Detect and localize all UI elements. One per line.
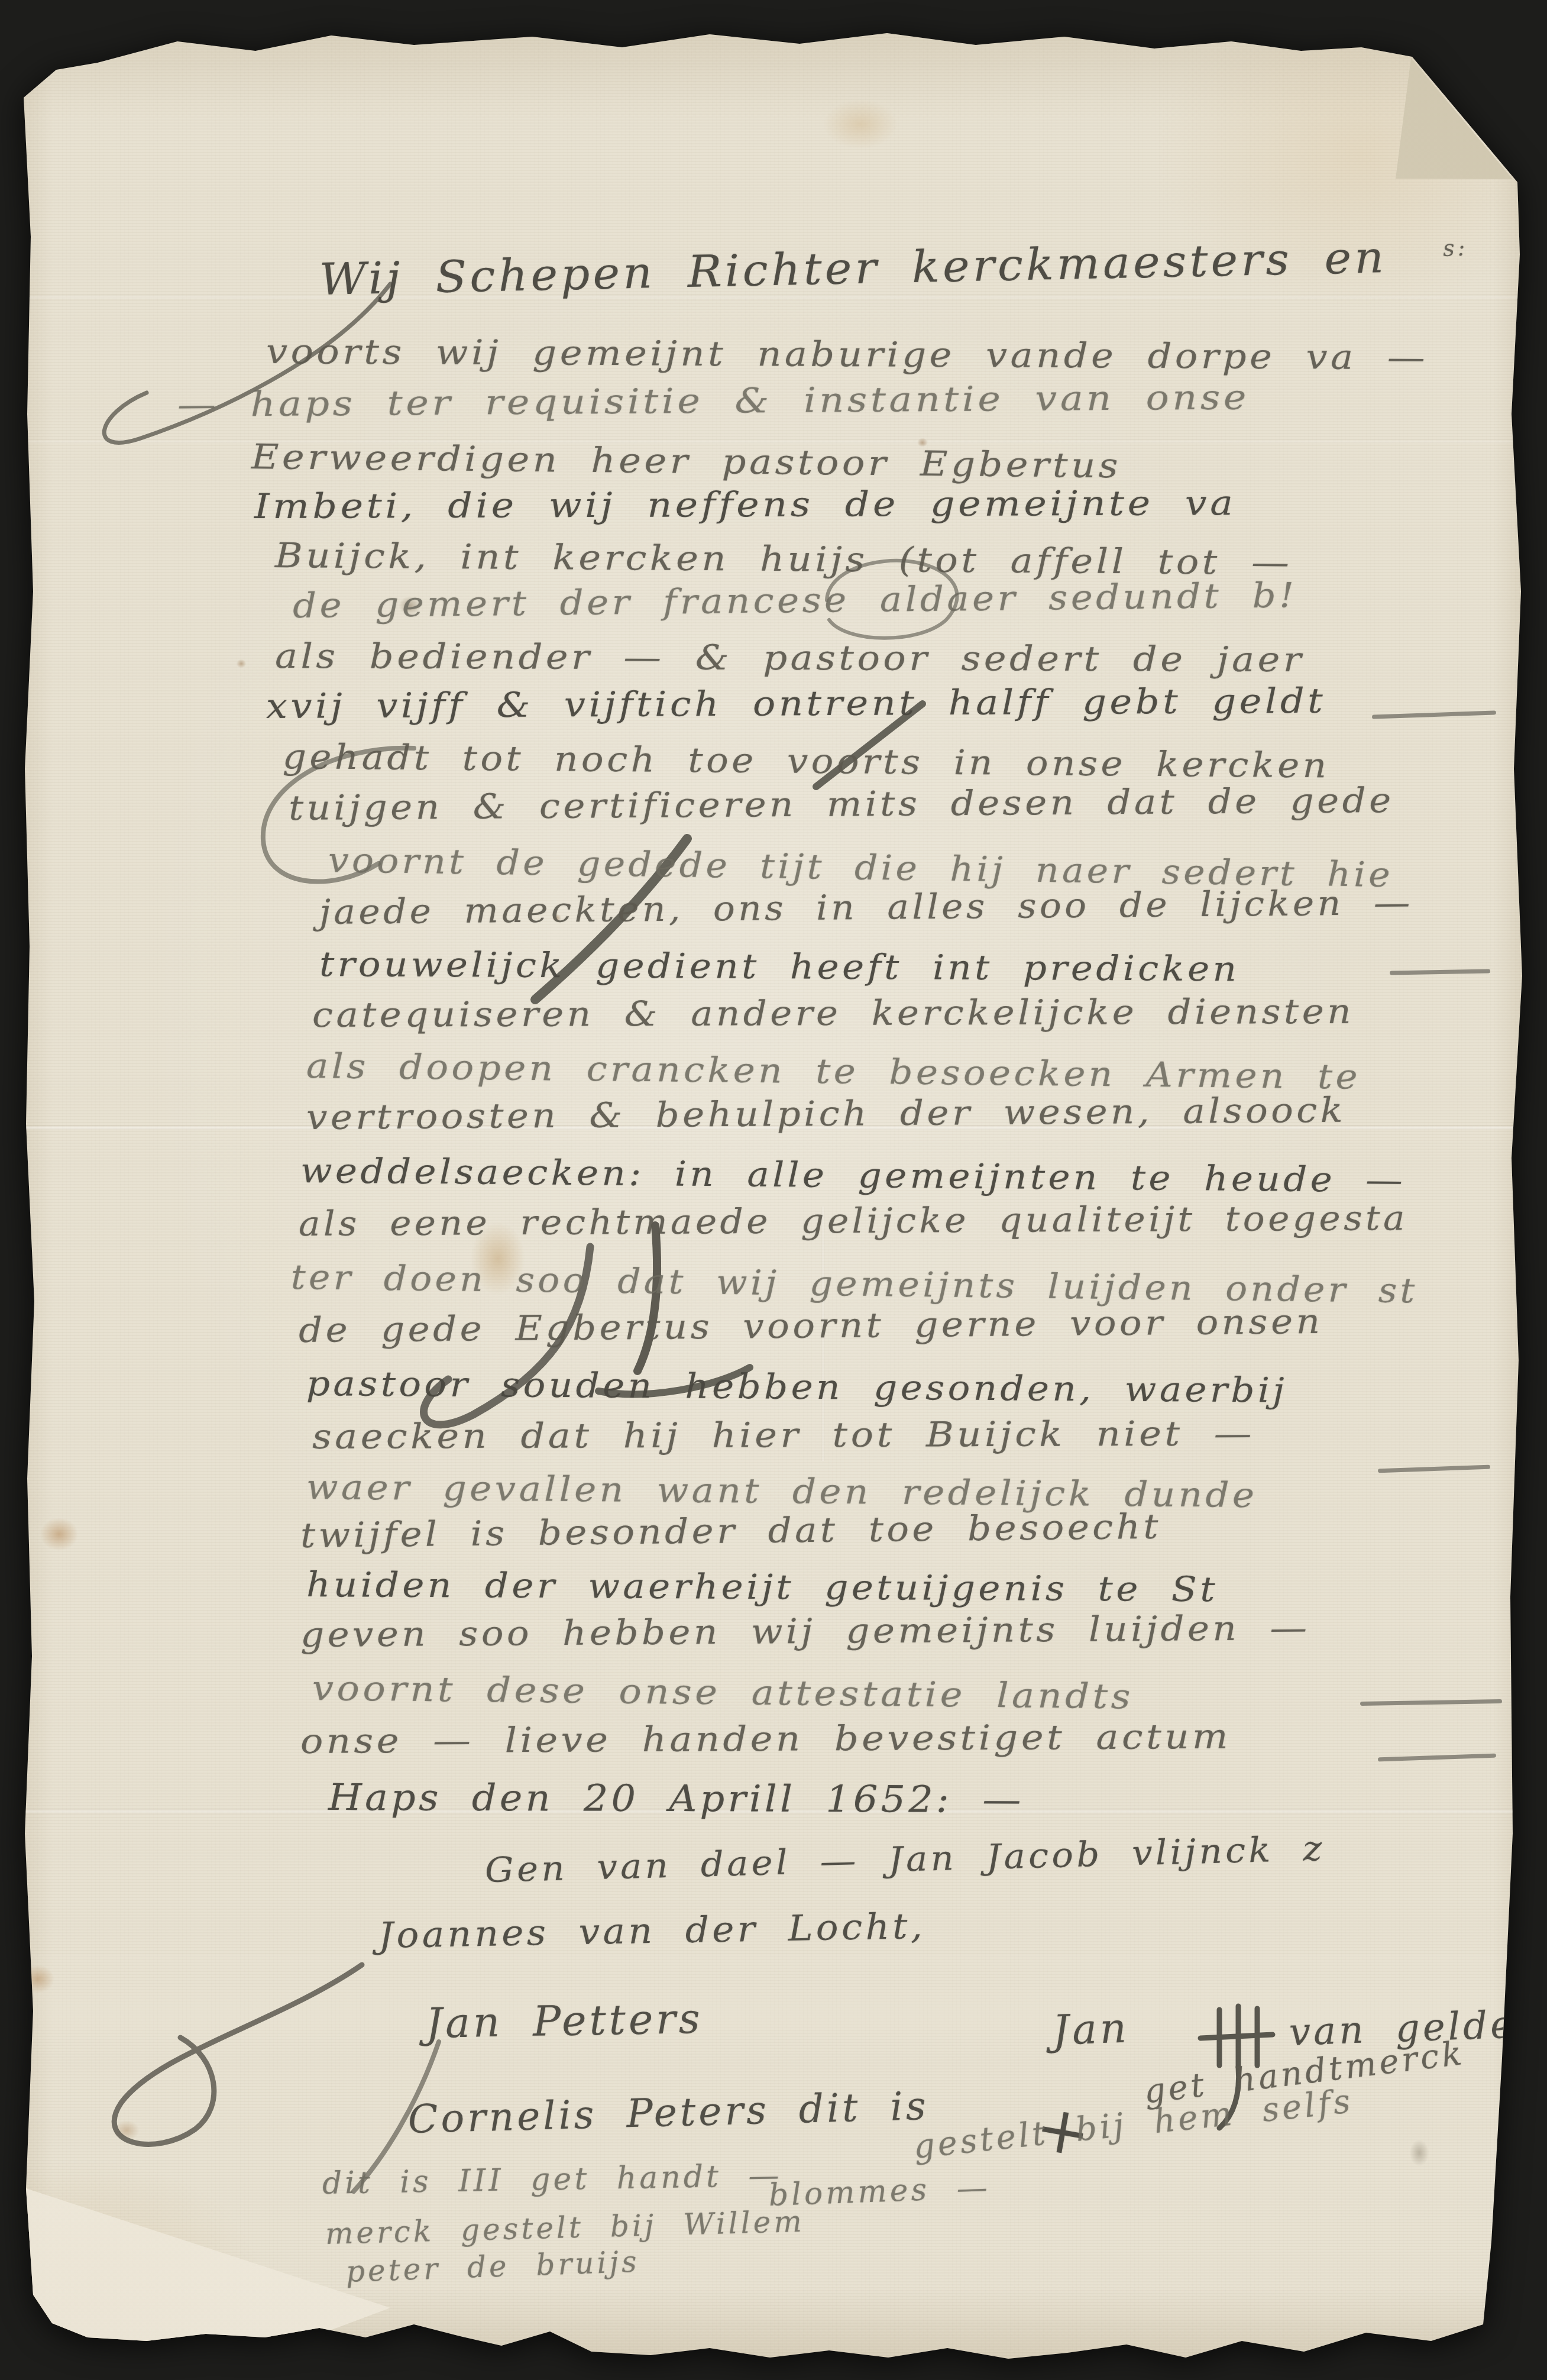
manuscript-line-28: voornt dese onse attestatie landts bbox=[312, 1668, 1134, 1717]
manuscript-line-26: huiden der waerheijt getuijgenis te St bbox=[306, 1564, 1218, 1609]
paper-shadow: Wij Schepen Richter kerckmaesters en s: … bbox=[0, 0, 1547, 2380]
scan-background: Wij Schepen Richter kerckmaesters en s: … bbox=[0, 0, 1547, 2380]
manuscript-line-9: xvij vijff & vijftich ontrent halff gebt… bbox=[266, 681, 1326, 726]
signature-jan-peters: Jan Petters bbox=[425, 1994, 703, 2048]
manuscript-line-5: Imbeti, die wij neffens de gemeijnte va bbox=[254, 483, 1237, 526]
manuscript-line-27: geven soo hebben wij gemeijnts luijden — bbox=[300, 1608, 1310, 1655]
manuscript-line-23: saecken dat hij hier tot Buijck niet — bbox=[312, 1413, 1255, 1457]
line-1-superscript: s: bbox=[1442, 235, 1468, 261]
date-line: Haps den 20 Aprill 1652: — bbox=[328, 1776, 1024, 1821]
manuscript-line-8: als bediender — & pastoor sedert de jaer bbox=[275, 636, 1305, 680]
manuscript-line-29: onse — lieve handen bevestiget actum bbox=[300, 1716, 1231, 1761]
manuscript-line-3: — haps ter requisitie & instantie van on… bbox=[177, 377, 1250, 425]
paper-sheet: Wij Schepen Richter kerckmaesters en s: … bbox=[0, 0, 1547, 2380]
manuscript-line-2: voorts wij gemeijnt naburige vande dorpe… bbox=[266, 331, 1428, 377]
manuscript-line-14: trouwelijck gedient heeft int predicken bbox=[319, 944, 1240, 989]
manuscript-line-6: Buijck, int kercken huijs (tot affell to… bbox=[275, 535, 1293, 583]
manuscript-line-15: catequiseren & andere kerckelijcke diens… bbox=[312, 991, 1354, 1035]
manuscript-line-19: als eene rechtmaede gelijcke qualiteijt … bbox=[299, 1198, 1408, 1244]
joannes-paraph bbox=[114, 1965, 362, 2144]
manuscript-line-17: vertroosten & behulpich der wesen, alsoo… bbox=[306, 1090, 1347, 1137]
manuscript-line-22: pastoor souden hebben gesonden, waerbij bbox=[306, 1363, 1288, 1411]
signature-jan-van-gelder-first: Jan bbox=[1052, 2003, 1131, 2054]
manuscript-line-11: tuijgen & certificeren mits desen dat de… bbox=[289, 780, 1394, 828]
